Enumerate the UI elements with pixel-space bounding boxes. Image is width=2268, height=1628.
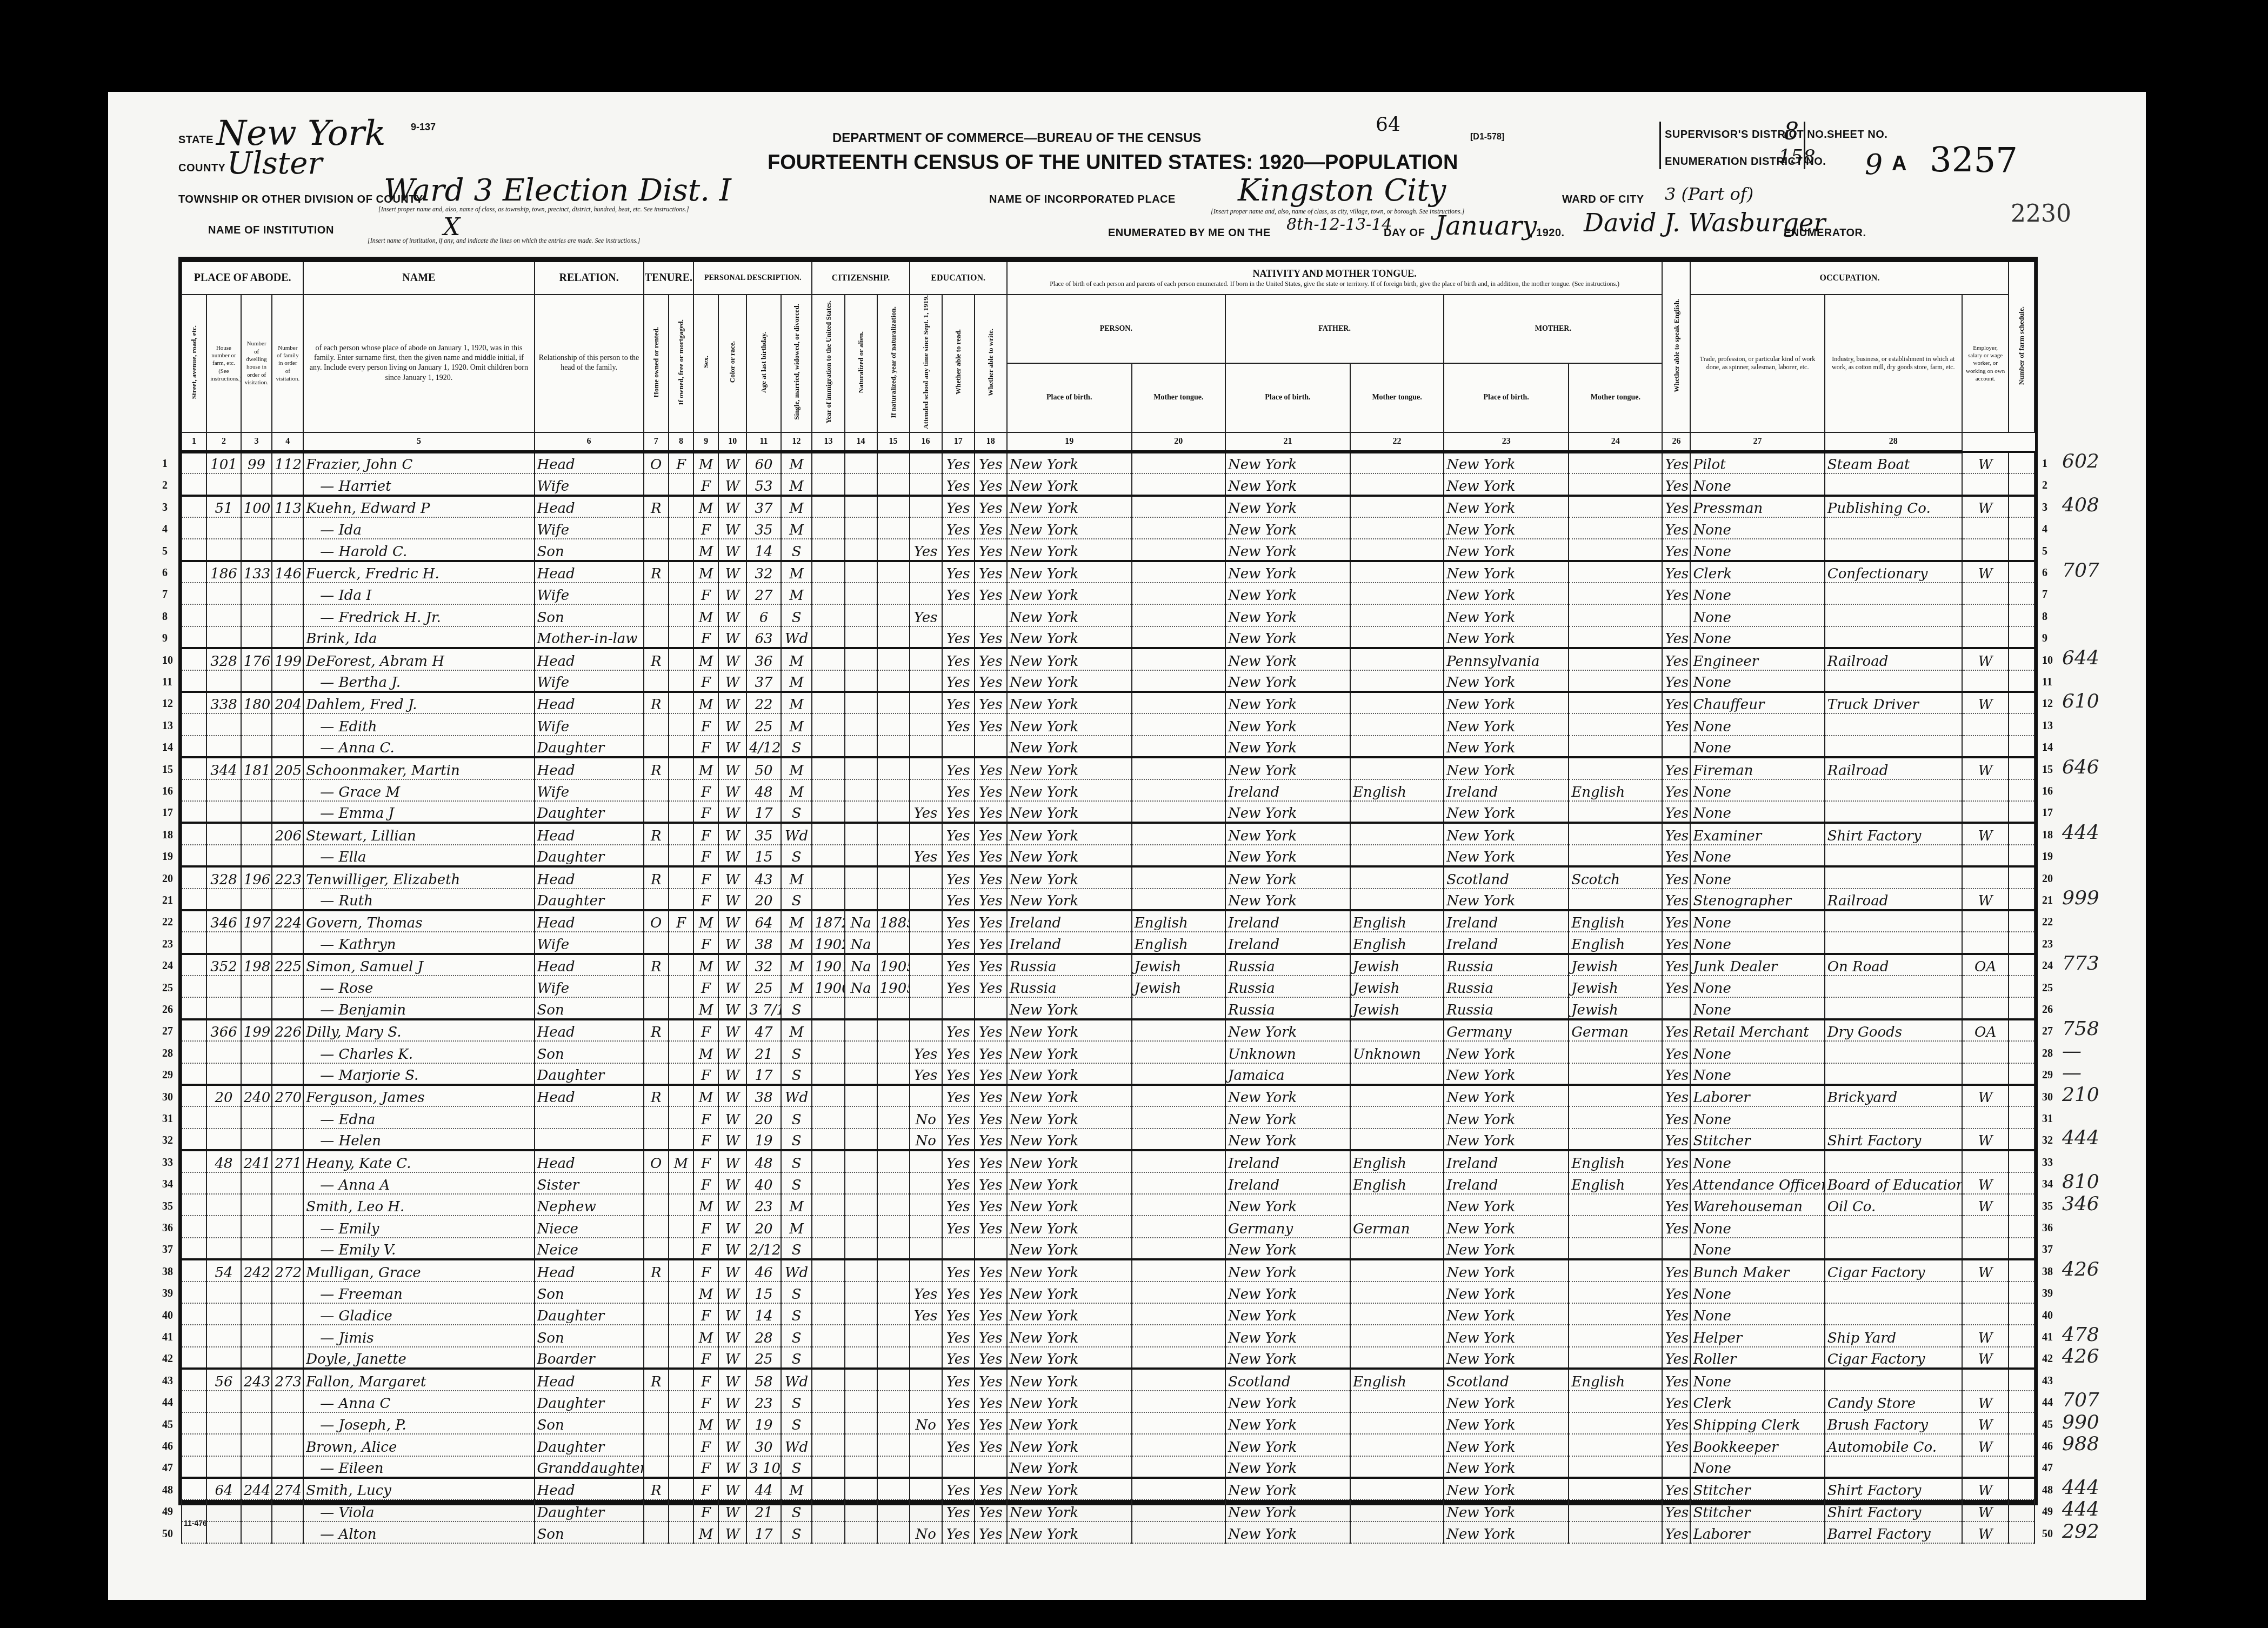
cell-street [182, 1172, 206, 1194]
cell-fpob: New York [1225, 713, 1350, 735]
cell-mpob: Ireland [1444, 1172, 1569, 1194]
cell-mt [1132, 1282, 1225, 1303]
cell-dwelling [241, 604, 272, 626]
cell-fmt [1350, 539, 1444, 561]
cell-pob: New York [1007, 473, 1132, 495]
cell-mmt [1569, 517, 1662, 539]
cell-mmt [1569, 1325, 1662, 1346]
cell-natyr [877, 1303, 910, 1325]
cell-english: Yes [1662, 1106, 1690, 1128]
cell-free [669, 1369, 693, 1390]
cell-name: Harriet [303, 473, 534, 495]
cell-name: Helen [303, 1129, 534, 1150]
cell-fpob: New York [1225, 1325, 1350, 1346]
line-number: 43 [162, 1375, 173, 1387]
incorporated-place-note: [Insert proper name and, also, name of c… [1211, 208, 1464, 216]
line-number: 46 [162, 1440, 173, 1453]
cell-farm [2009, 932, 2034, 953]
cell-sex: M [693, 1041, 718, 1063]
cell-industry: Shirt Factory [1825, 1478, 1962, 1499]
cell-industry: Oil Co. [1825, 1194, 1962, 1216]
cell-dwelling: 240 [241, 1085, 272, 1106]
cell-class: W [1962, 1347, 2009, 1369]
cell-mpob: New York [1444, 801, 1569, 823]
cell-nat [845, 648, 877, 670]
cell-free [669, 1216, 693, 1237]
cell-mt [1132, 1369, 1225, 1390]
cell-farm [2009, 473, 2034, 495]
cell-natyr [877, 517, 910, 539]
cell-nat [845, 1019, 877, 1041]
cell-imm [812, 1499, 844, 1521]
cell-relation: Nephew [535, 1194, 644, 1216]
cell-family: 271 [272, 1150, 303, 1172]
cell-school [910, 496, 942, 517]
column-number: 16 [910, 432, 942, 452]
line-number: 1 [2042, 458, 2047, 470]
cell-race: W [718, 932, 746, 953]
cell-owned [644, 889, 669, 910]
cell-natyr [877, 626, 910, 648]
cell-mt: English [1132, 932, 1225, 953]
cell-trade: Roller [1690, 1347, 1824, 1369]
cell-free: F [669, 452, 693, 473]
cell-race: W [718, 496, 746, 517]
nativity-title: NATIVITY AND MOTHER TONGUE. [1011, 268, 1659, 280]
cell-marital: S [781, 1499, 812, 1521]
table-row: Smith, Leo H.NephewMW23MYesYesNew YorkNe… [182, 1194, 2034, 1216]
cell-sex: F [693, 823, 718, 844]
cell-mpob: New York [1444, 1041, 1569, 1063]
cell-relation: Son [535, 1282, 644, 1303]
cell-mmt [1569, 1347, 1662, 1369]
cell-age: 47 [746, 1019, 781, 1041]
col-24-header: Mother tongue. [1569, 363, 1662, 432]
cell-relation: Wife [535, 932, 644, 953]
cell-english: Yes [1662, 648, 1690, 670]
line-number: 17 [2042, 807, 2053, 819]
cell-age: 48 [746, 779, 781, 801]
cell-english: Yes [1662, 1522, 1690, 1543]
cell-mmt [1569, 801, 1662, 823]
line-number: 49 [2042, 1506, 2053, 1518]
line-number: 49 [162, 1506, 173, 1518]
cell-natyr [877, 496, 910, 517]
cell-name: Ruth [303, 889, 534, 910]
cell-free [669, 1238, 693, 1259]
cell-relation: Head [535, 757, 644, 779]
cell-imm [812, 1391, 844, 1412]
cell-trade: Stitcher [1690, 1499, 1824, 1521]
cell-age: 38 [746, 1085, 781, 1106]
occupation-code: 707 [2062, 1389, 2099, 1411]
cell-family [272, 1499, 303, 1521]
cell-fpob: Russia [1225, 954, 1350, 976]
cell-class: W [1962, 1259, 2009, 1281]
cell-relation: Head [535, 1369, 644, 1390]
cell-farm [2009, 976, 2034, 997]
cell-mpob: Germany [1444, 1019, 1569, 1041]
cell-write: Yes [975, 648, 1007, 670]
cell-pob: New York [1007, 496, 1132, 517]
line-number: 17 [162, 807, 173, 819]
line-number: 4 [162, 523, 168, 536]
cell-fmt [1350, 1063, 1444, 1085]
cell-imm [812, 1238, 844, 1259]
cell-name: Freeman [303, 1282, 534, 1303]
cell-mpob: New York [1444, 823, 1569, 844]
cell-school: Yes [910, 1303, 942, 1325]
cell-class: W [1962, 1172, 2009, 1194]
col-15-header: If naturalized, year of naturalization. [877, 295, 910, 432]
cell-class [1962, 779, 2009, 801]
cell-trade: None [1690, 779, 1824, 801]
cell-pob: New York [1007, 1434, 1132, 1456]
table-row: 56243273Fallon, MargaretHeadRFW58WdYesYe… [182, 1369, 2034, 1390]
cell-family: 112 [272, 452, 303, 473]
cell-family: 224 [272, 910, 303, 932]
cell-family: 205 [272, 757, 303, 779]
cell-free [669, 845, 693, 866]
cell-industry: Confectionary [1825, 561, 1962, 583]
cell-dwelling [241, 1391, 272, 1412]
cell-farm [2009, 1129, 2034, 1150]
cell-natyr [877, 1522, 910, 1543]
cell-nat [845, 866, 877, 888]
cell-sex: F [693, 736, 718, 757]
cell-imm [812, 997, 844, 1019]
cell-house [206, 1194, 241, 1216]
cell-dwelling [241, 801, 272, 823]
cell-write: Yes [975, 1347, 1007, 1369]
cell-class [1962, 910, 2009, 932]
cell-industry [1825, 779, 1962, 801]
line-number: 50 [162, 1528, 173, 1540]
cell-pob: New York [1007, 1172, 1132, 1194]
cell-mt [1132, 1238, 1225, 1259]
line-number: 37 [2042, 1244, 2053, 1256]
cell-family: 146 [272, 561, 303, 583]
cell-fpob: New York [1225, 1434, 1350, 1456]
cell-street [182, 1391, 206, 1412]
cell-read: Yes [942, 1391, 975, 1412]
cell-sex: F [693, 1129, 718, 1150]
cell-pob: New York [1007, 1412, 1132, 1434]
cell-write: Yes [975, 866, 1007, 888]
cell-house [206, 976, 241, 997]
cell-fpob: New York [1225, 496, 1350, 517]
cell-dwelling: 181 [241, 757, 272, 779]
cell-fpob: New York [1225, 1106, 1350, 1128]
cell-english: Yes [1662, 1347, 1690, 1369]
cell-mt [1132, 604, 1225, 626]
line-number: 40 [162, 1310, 173, 1322]
cell-house [206, 539, 241, 561]
cell-mpob: New York [1444, 1085, 1569, 1106]
cell-house [206, 604, 241, 626]
group-father: FATHER. [1225, 295, 1444, 363]
occupation-code: — [2062, 1062, 2082, 1084]
cell-farm [2009, 1259, 2034, 1281]
cell-fpob: Germany [1225, 1216, 1350, 1237]
column-number: 9 [693, 432, 718, 452]
cell-relation: Neice [535, 1238, 644, 1259]
cell-mmt [1569, 1391, 1662, 1412]
cell-family [272, 1522, 303, 1543]
cell-read: Yes [942, 648, 975, 670]
column-number: 24 [1569, 432, 1662, 452]
table-row: IdaWifeFW35MYesYesNew YorkNew YorkNew Yo… [182, 517, 2034, 539]
cell-marital: M [781, 910, 812, 932]
cell-free [669, 1063, 693, 1085]
cell-mpob: New York [1444, 583, 1569, 604]
cell-imm [812, 1347, 844, 1369]
cell-mmt: English [1569, 1369, 1662, 1390]
cell-relation: Head [535, 1259, 644, 1281]
table-row: Marjorie S.DaughterFW17SYesYesYesNew Yor… [182, 1063, 2034, 1085]
cell-name: Ferguson, James [303, 1085, 534, 1106]
cell-owned [644, 539, 669, 561]
cell-farm [2009, 1391, 2034, 1412]
cell-dwelling [241, 845, 272, 866]
table-row: 64244274Smith, LucyHeadRFW44MYesYesNew Y… [182, 1478, 2034, 1499]
cell-street [182, 1194, 206, 1216]
cell-owned [644, 713, 669, 735]
table-row: 48241271Heany, Kate C.HeadOMFW48SYesYesN… [182, 1150, 2034, 1172]
cell-school [910, 736, 942, 757]
cell-marital: S [781, 1063, 812, 1085]
cell-age: 60 [746, 452, 781, 473]
cell-family [272, 1347, 303, 1369]
cell-trade: Engineer [1690, 648, 1824, 670]
cell-marital: M [781, 583, 812, 604]
cell-natyr [877, 1391, 910, 1412]
cell-dwelling [241, 1238, 272, 1259]
cell-free [669, 561, 693, 583]
cell-relation: Daughter [535, 1063, 644, 1085]
cell-race: W [718, 1456, 746, 1478]
cell-relation: Daughter [535, 845, 644, 866]
cell-age: 21 [746, 1499, 781, 1521]
column-number: 26 [1662, 432, 1690, 452]
cell-family: 204 [272, 692, 303, 713]
cell-marital: M [781, 976, 812, 997]
cell-school [910, 1369, 942, 1390]
cell-family: 113 [272, 496, 303, 517]
cell-read: Yes [942, 1129, 975, 1150]
cell-english: Yes [1662, 1259, 1690, 1281]
cell-english: Yes [1662, 1019, 1690, 1041]
cell-dwelling [241, 997, 272, 1019]
line-number: 26 [162, 1004, 173, 1016]
col-29-header: Number of farm schedule. [2009, 262, 2034, 432]
cell-english: Yes [1662, 1041, 1690, 1063]
cell-english: Yes [1662, 496, 1690, 517]
cell-owned [644, 1522, 669, 1543]
cell-write: Yes [975, 452, 1007, 473]
cell-street [182, 1041, 206, 1063]
cell-fpob: New York [1225, 866, 1350, 888]
cell-write [975, 1238, 1007, 1259]
cell-school [910, 1456, 942, 1478]
cell-family [272, 1041, 303, 1063]
cell-pob: New York [1007, 1041, 1132, 1063]
cell-pob: New York [1007, 561, 1132, 583]
cell-farm [2009, 910, 2034, 932]
cell-street [182, 517, 206, 539]
cell-owned [644, 583, 669, 604]
cell-fpob: New York [1225, 1019, 1350, 1041]
cell-trade: None [1690, 1456, 1824, 1478]
cell-farm [2009, 1325, 2034, 1346]
cell-relation: Head [535, 823, 644, 844]
cell-fmt [1350, 1347, 1444, 1369]
cell-trade: None [1690, 583, 1824, 604]
cell-english: Yes [1662, 976, 1690, 997]
line-number: 50 [2042, 1528, 2053, 1540]
cell-sex: F [693, 1216, 718, 1237]
cell-race: W [718, 648, 746, 670]
group-tenure: TENURE. [644, 262, 693, 295]
cell-street [182, 1129, 206, 1150]
cell-marital: Wd [781, 1434, 812, 1456]
cell-sex: M [693, 496, 718, 517]
group-relation: RELATION. [535, 262, 644, 295]
cell-natyr [877, 670, 910, 692]
cell-industry [1825, 1216, 1962, 1237]
cell-mpob: New York [1444, 1106, 1569, 1128]
cell-english: Yes [1662, 1063, 1690, 1085]
cell-class: W [1962, 692, 2009, 713]
cell-mt [1132, 1434, 1225, 1456]
cell-read: Yes [942, 496, 975, 517]
cell-age: 20 [746, 889, 781, 910]
line-number: 28 [2042, 1047, 2053, 1060]
cell-owned [644, 1194, 669, 1216]
cell-relation: Wife [535, 713, 644, 735]
cell-race: W [718, 1325, 746, 1346]
cell-class: W [1962, 1478, 2009, 1499]
cell-family [272, 889, 303, 910]
cell-natyr [877, 583, 910, 604]
cell-house [206, 736, 241, 757]
cell-mmt: English [1569, 910, 1662, 932]
cell-read: Yes [942, 1434, 975, 1456]
cell-mpob: New York [1444, 692, 1569, 713]
cell-name: Charles K. [303, 1041, 534, 1063]
cell-english: Yes [1662, 713, 1690, 735]
cell-write: Yes [975, 757, 1007, 779]
cell-pob: New York [1007, 583, 1132, 604]
line-number: 3 [162, 502, 168, 514]
cell-trade: None [1690, 866, 1824, 888]
cell-mt [1132, 1106, 1225, 1128]
cell-name: Jimis [303, 1325, 534, 1346]
cell-relation [535, 1106, 644, 1128]
cell-school [910, 866, 942, 888]
cell-trade: Shipping Clerk [1690, 1412, 1824, 1434]
cell-mmt: English [1569, 779, 1662, 801]
line-number: 10 [2042, 655, 2053, 667]
cell-fpob: Ireland [1225, 910, 1350, 932]
cell-mt [1132, 1478, 1225, 1499]
col-5-header: of each person whose place of abode on J… [303, 295, 534, 432]
cell-pob: New York [1007, 845, 1132, 866]
cell-write: Yes [975, 626, 1007, 648]
cell-read: Yes [942, 1282, 975, 1303]
cell-nat [845, 1063, 877, 1085]
cell-read: Yes [942, 1085, 975, 1106]
cell-marital: S [781, 1391, 812, 1412]
cell-house [206, 583, 241, 604]
cell-dwelling [241, 583, 272, 604]
cell-marital: M [781, 1019, 812, 1041]
cell-nat [845, 473, 877, 495]
cell-imm [812, 1434, 844, 1456]
cell-write: Yes [975, 713, 1007, 735]
cell-marital: M [781, 561, 812, 583]
line-number: 6 [162, 567, 168, 579]
cell-name: Kuehn, Edward P [303, 496, 534, 517]
cell-read: Yes [942, 1106, 975, 1128]
cell-pob: New York [1007, 866, 1132, 888]
cell-nat [845, 736, 877, 757]
cell-read: Yes [942, 954, 975, 976]
cell-read: Yes [942, 713, 975, 735]
cell-relation: Daughter [535, 1434, 644, 1456]
cell-read: Yes [942, 1522, 975, 1543]
cell-mmt [1569, 473, 1662, 495]
line-number: 21 [162, 895, 173, 907]
cell-race: W [718, 1085, 746, 1106]
cell-mpob: New York [1444, 1325, 1569, 1346]
cell-natyr [877, 1456, 910, 1478]
cell-race: W [718, 473, 746, 495]
cell-imm [812, 1456, 844, 1478]
table-row: GladiceDaughterFW14SYesYesYesNew YorkNew… [182, 1303, 2034, 1325]
cell-family [272, 736, 303, 757]
cell-mmt [1569, 1522, 1662, 1543]
cell-trade: None [1690, 1063, 1824, 1085]
cell-imm: 1900 [812, 976, 844, 997]
cell-imm [812, 1369, 844, 1390]
cell-mpob: New York [1444, 517, 1569, 539]
line-number: 32 [2042, 1135, 2053, 1147]
cell-family [272, 604, 303, 626]
line-number: 11 [2042, 676, 2052, 689]
cell-free [669, 713, 693, 735]
cell-nat [845, 539, 877, 561]
cell-fmt: English [1350, 779, 1444, 801]
cell-owned: R [644, 1478, 669, 1499]
cell-pob: New York [1007, 779, 1132, 801]
cell-free: F [669, 910, 693, 932]
cell-mt [1132, 1150, 1225, 1172]
cell-relation: Head [535, 1019, 644, 1041]
cell-trade: Bunch Maker [1690, 1259, 1824, 1281]
cell-natyr [877, 1063, 910, 1085]
cell-mpob: New York [1444, 670, 1569, 692]
cell-read: Yes [942, 779, 975, 801]
line-number: 8 [162, 611, 168, 623]
cell-name: Eileen [303, 1456, 534, 1478]
cell-read: Yes [942, 1041, 975, 1063]
cell-industry [1825, 1150, 1962, 1172]
cell-english: Yes [1662, 1412, 1690, 1434]
line-number: 13 [2042, 720, 2053, 732]
table-row: JimisSonMW28SYesYesNew YorkNew YorkNew Y… [182, 1325, 2034, 1346]
cell-industry: Cigar Factory [1825, 1259, 1962, 1281]
